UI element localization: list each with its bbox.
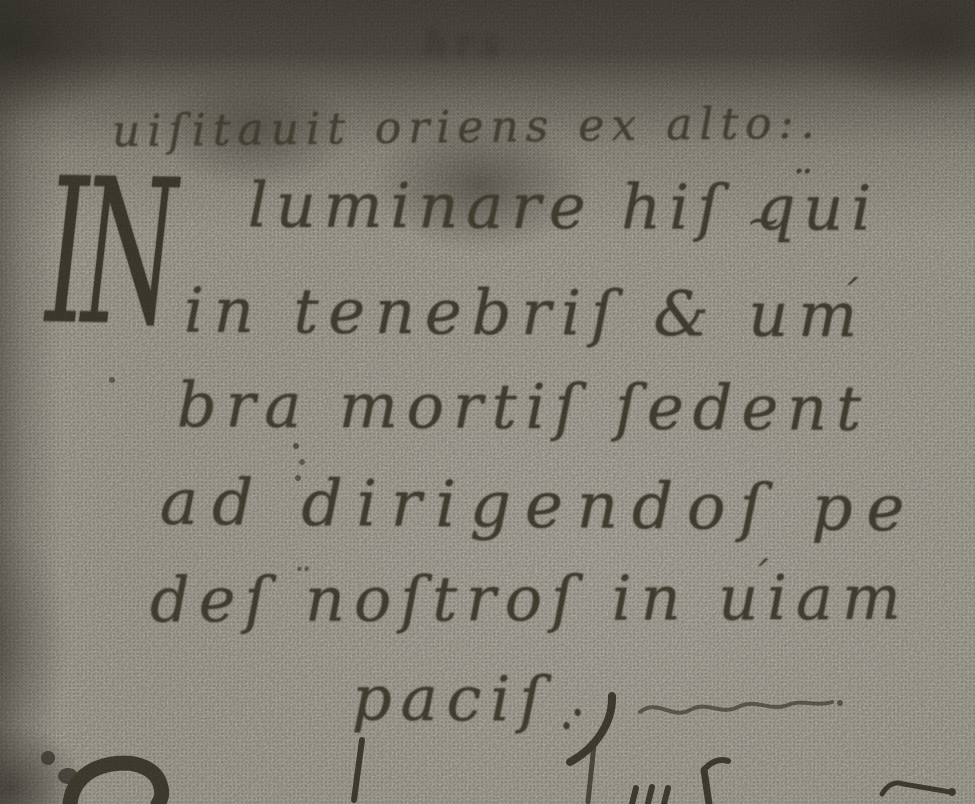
manuscript-page-photo: hrs IN uiſitauit oriens ex alto:. lumina… <box>0 0 975 804</box>
manuscript-line-5: ad dirigendoſ pe <box>160 471 919 542</box>
dots-over-qui-icon: ¨ <box>788 166 810 210</box>
manuscript-line-2: luminare hiſ qui <box>248 174 880 239</box>
manuscript-line-7: paciſ <box>352 667 552 730</box>
manuscript-line-3: in tenebriſ & um <box>184 280 868 347</box>
manuscript-line-1: uiſitauit oriens ex alto:. <box>112 102 822 155</box>
abbreviation-tilde-icon: ∼ <box>746 200 781 242</box>
decorated-initial-IN: IN <box>45 152 171 355</box>
partial-next-line-strokes <box>70 745 956 804</box>
tick-over-um-icon: ´ <box>836 276 858 320</box>
faint-top-inscription: hrs <box>424 22 507 66</box>
ink-blot <box>41 751 55 765</box>
tick-over-uiam-icon: ´ <box>748 558 768 598</box>
manuscript-line-4: bra mortiſ ſedent <box>177 374 870 440</box>
pen-flourish <box>640 702 832 713</box>
ink-blot <box>58 768 78 784</box>
p-descender-stroke <box>354 740 362 800</box>
manuscript-line-6: deſ noſtroſ in uiam <box>150 567 910 632</box>
dots-over-nostros-icon: ¨ <box>290 564 309 602</box>
